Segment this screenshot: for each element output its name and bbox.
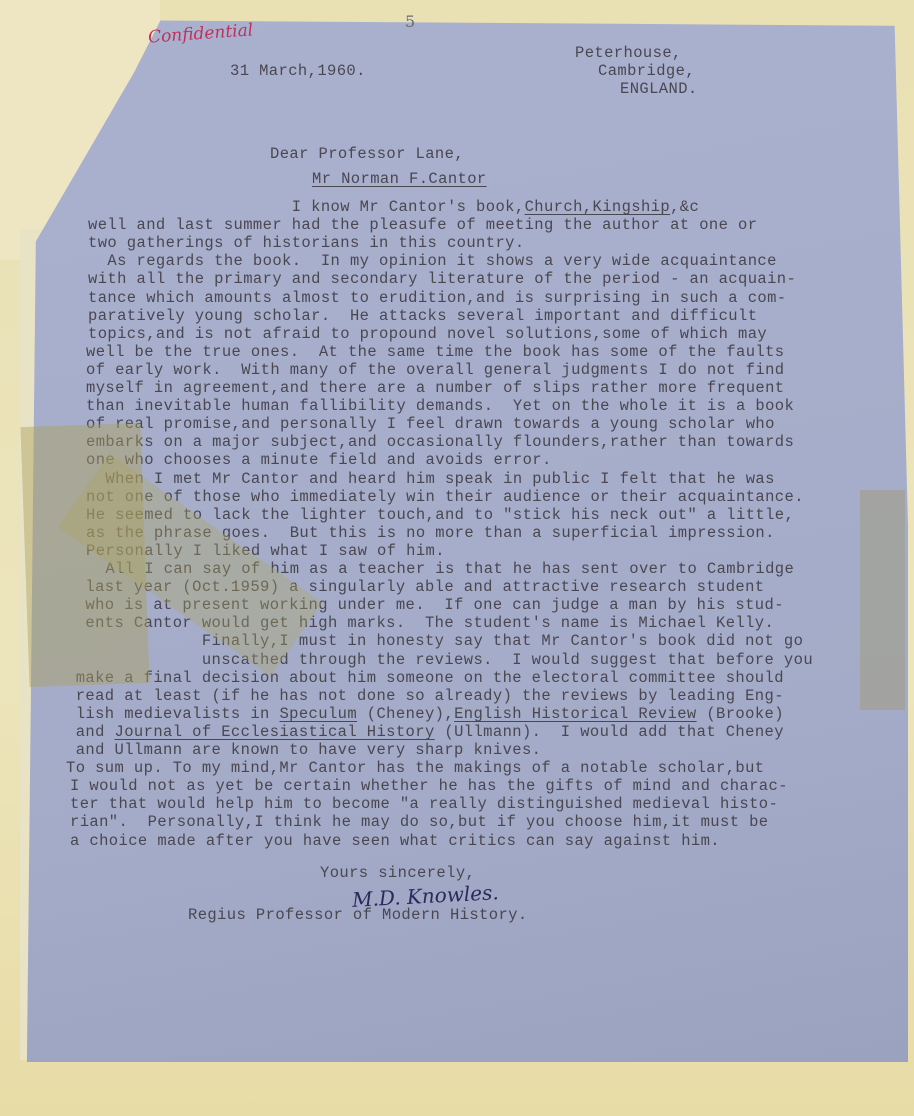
address-line-1: Peterhouse, [575,44,682,62]
body-line: unscathed through the reviews. I would s… [66,651,813,669]
address-line-3: ENGLAND. [620,80,698,98]
body-line: myself in agreement,and there are a numb… [86,379,785,397]
body-line: not one of those who immediately win the… [86,488,804,506]
body-line: topics,and is not afraid to propound nov… [88,325,767,343]
tape-residue [860,490,905,710]
closing: Yours sincerely, [320,864,475,882]
signatory-title: Regius Professor of Modern History. [188,906,528,924]
body-line: make a final decision about him someone … [66,669,784,687]
body-line: two gatherings of historians in this cou… [88,234,525,252]
body-line: Finally,I must in honesty say that Mr Ca… [66,632,803,650]
body-line: ter that would help him to become "a rea… [70,795,778,813]
body-line: As regards the book. In my opinion it sh… [88,252,777,270]
body-line: well and last summer had the pleasufe of… [88,216,757,234]
letter-date: 31 March,1960. [230,62,366,80]
body-line: I know Mr Cantor's book,Church,Kingship,… [88,198,699,216]
body-line: ents Cantor would get high marks. The st… [66,614,774,632]
address-line-2: Cambridge, [598,62,695,80]
body-line: read at least (if he has not done so alr… [66,687,784,705]
body-line: with all the primary and secondary liter… [88,270,796,288]
body-line: rian". Personally,I think he may do so,b… [70,813,769,831]
body-line: embarks on a major subject,and occasiona… [86,433,794,451]
body-line: tance which amounts almost to erudition,… [88,289,787,307]
body-line: and Journal of Ecclesiastical History (U… [66,723,784,741]
body-line: one who chooses a minute field and avoid… [86,451,552,469]
body-line: than inevitable human fallibility demand… [86,397,794,415]
body-line: of real promise,and personally I feel dr… [86,415,775,433]
body-line: of early work. With many of the overall … [86,361,785,379]
salutation: Dear Professor Lane, [270,145,464,163]
body-line: well be the true ones. At the same time … [86,343,785,361]
body-line: I would not as yet be certain whether he… [70,777,788,795]
body-line: lish medievalists in Speculum (Cheney),E… [66,705,784,723]
page-number: 5 [405,12,415,31]
body-line: and Ullmann are known to have very sharp… [66,741,541,759]
body-line: To sum up. To my mind,Mr Cantor has the … [66,759,765,777]
subject-line: Mr Norman F.Cantor [312,170,487,188]
body-line: a choice made after you have seen what c… [70,832,720,850]
body-line: paratively young scholar. He attacks sev… [88,307,757,325]
body-line: When I met Mr Cantor and heard him speak… [86,470,775,488]
